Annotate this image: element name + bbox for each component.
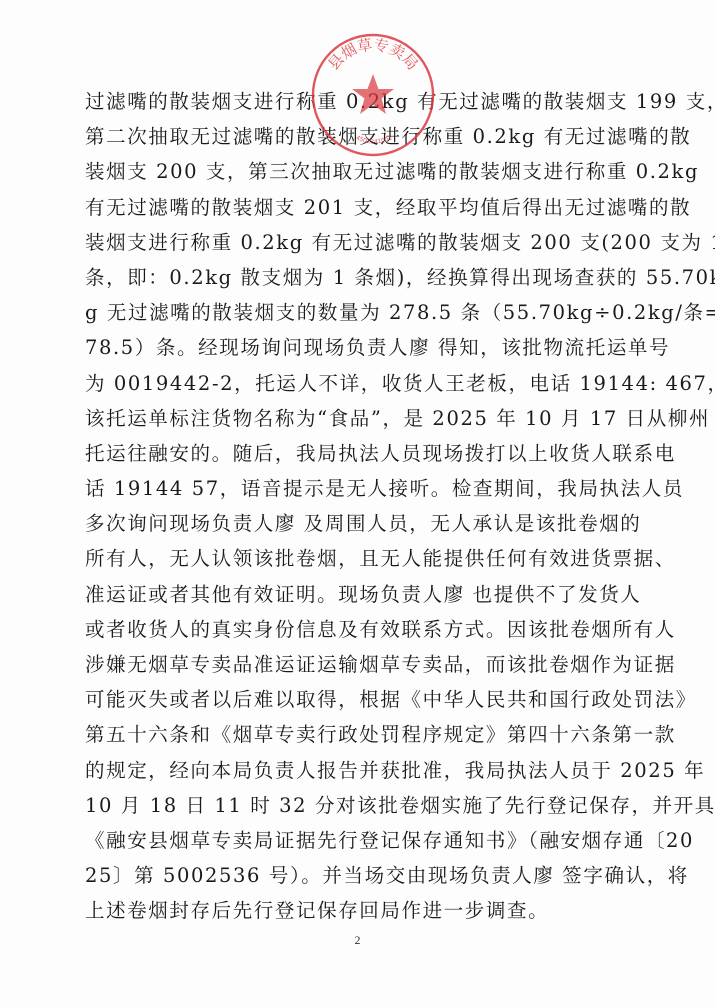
text-line: 涉嫌无烟草专卖品准运证运输烟草专卖品，而该批卷烟作为证据 — [85, 647, 630, 682]
text-line: 《融安县烟草专卖局证据先行登记保存通知书》（融安烟存通〔20 — [85, 823, 630, 858]
text-line: g 无过滤嘴的散装烟支的数量为 278.5 条（55.70kg÷0.2kg/条=… — [85, 295, 630, 330]
text-line: 多次询问现场负责人廖 及周围人员，无人承认是该批卷烟的 — [85, 506, 630, 541]
text-line: 为 0019442-2，托运人不详，收货人王老板，电话 19144: 467， — [85, 366, 630, 401]
text-line: 25〕第 5002536 号）。并当场交由现场负责人廖 签字确认，将 — [85, 858, 630, 893]
text-line: 上述卷烟封存后先行登记保存回局作进一步调查。 — [85, 893, 630, 928]
text-line: 条，即：0.2kg 散支烟为 1 条烟)，经换算得出现场查获的 55.70k — [85, 260, 630, 295]
svg-text:县烟草专卖局: 县烟草专卖局 — [324, 36, 421, 74]
text-line: 话 19144 57，语音提示是无人接听。检查期间，我局执法人员 — [85, 471, 630, 506]
page-number: 2 — [0, 933, 715, 948]
text-line: 托运往融安的。随后，我局执法人员现场拨打以上收货人联系电 — [85, 436, 630, 471]
text-line: 10 月 18 日 11 时 32 分对该批卷烟实施了先行登记保存，并开具了 — [85, 788, 630, 823]
text-line: 有无过滤嘴的散装烟支 201 支，经取平均值后得出无过滤嘴的散 — [85, 190, 630, 225]
text-line: 所有人，无人认领该批卷烟，且无人能提供任何有效进货票据、 — [85, 541, 630, 576]
text-line: 可能灭失或者以后难以取得，根据《中华人民共和国行政处罚法》 — [85, 682, 630, 717]
text-line: 第五十六条和《烟草专卖行政处罚程序规定》第四十六条第一款 — [85, 717, 630, 752]
text-line: 的规定，经向本局负责人报告并获批准，我局执法人员于 2025 年 — [85, 753, 630, 788]
document-page: 过滤嘴的散装烟支进行称重 0.2kg 有无过滤嘴的散装烟支 199 支， 第二次… — [0, 0, 715, 1008]
text-line: 装烟支进行称重 0.2kg 有无过滤嘴的散装烟支 200 支(200 支为 1 — [85, 225, 630, 260]
document-body: 过滤嘴的散装烟支进行称重 0.2kg 有无过滤嘴的散装烟支 199 支， 第二次… — [85, 84, 630, 929]
text-line: 78.5）条。经现场询问现场负责人廖 得知，该批物流托运单号 — [85, 330, 630, 365]
text-line: 第二次抽取无过滤嘴的散装烟支进行称重 0.2kg 有无过滤嘴的散 — [85, 119, 630, 154]
text-line: 该托运单标注货物名称为“食品”，是 2025 年 10 月 17 日从柳州 — [85, 401, 630, 436]
text-line: 过滤嘴的散装烟支进行称重 0.2kg 有无过滤嘴的散装烟支 199 支， — [85, 84, 630, 119]
text-line: 准运证或者其他有效证明。现场负责人廖 也提供不了发货人 — [85, 577, 630, 612]
text-line: 装烟支 200 支，第三次抽取无过滤嘴的散装烟支进行称重 0.2kg — [85, 154, 630, 189]
text-line: 或者收货人的真实身份信息及有效联系方式。因该批卷烟所有人 — [85, 612, 630, 647]
